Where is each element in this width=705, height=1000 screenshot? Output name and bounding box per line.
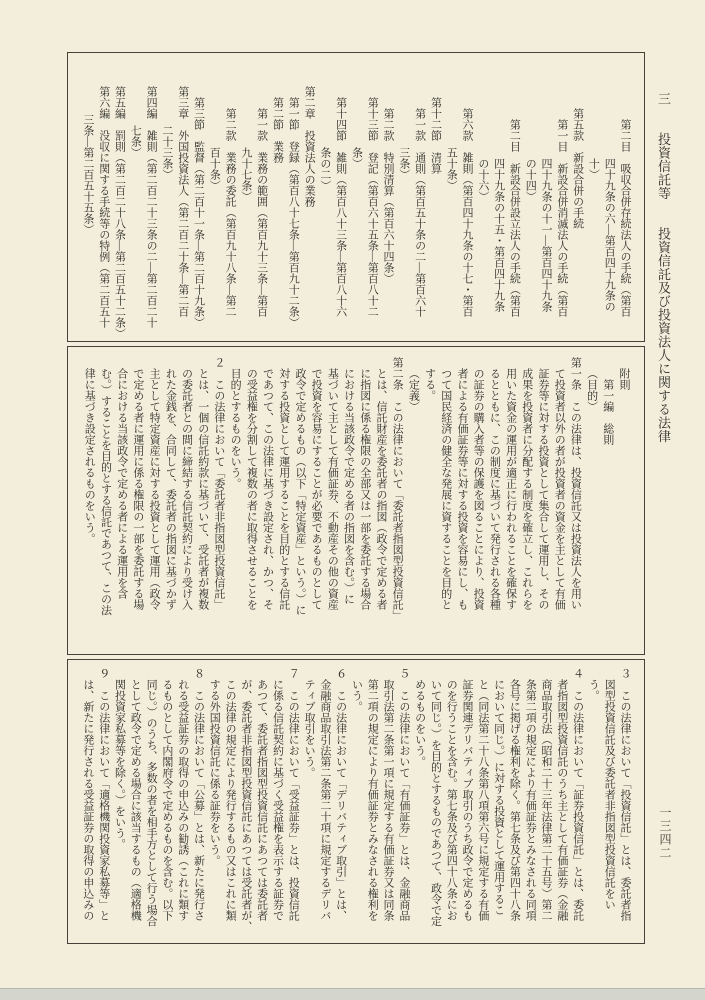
text-column: 金融商品取引法第二条第二十項に規定するデリバ xyxy=(316,668,332,939)
text-column: 合における当該政令で定める者による運用を含 xyxy=(114,357,130,648)
text-column: 十） xyxy=(585,64,601,335)
text-column: であつて、この法律に基づき設定され、かつ、そ xyxy=(259,357,275,648)
text-column: とは、一個の信託約款に基づいて、受託者が複数 xyxy=(195,357,211,648)
text-column: 第一節 登録（第百八十七条―第百九十二条） xyxy=(284,64,300,335)
text-column: の十六） xyxy=(474,64,490,335)
text-column: 関投資家私募等を除く。）をいう。 xyxy=(111,668,127,939)
text-column: 四十九条の六―第百四十九条の xyxy=(600,64,616,335)
law-text-columns-upper: 附則第一編 総則（目的）第一条 この法律は、投資信託又は投資法人を用いて投資者以… xyxy=(68,347,644,654)
text-column: する外国投資信託に係る証券をいう。 xyxy=(205,668,221,939)
text-column: めるものをいう。 xyxy=(411,668,427,939)
text-column: れた金銭を、合同して、委託者の指図に基づかず xyxy=(162,357,178,648)
text-column: 附則 xyxy=(616,357,632,648)
scan-edge-strip xyxy=(0,988,705,1000)
text-column: 対する投資として運用することを目的とする信託 xyxy=(276,357,292,648)
law-text-columns-lower: ３ この法律において「投資信託」とは、委託者指図型投資信託及び委託者非指図型投資… xyxy=(68,660,644,943)
text-column: とは、信託財産を委託者の指図（政令で定める者 xyxy=(373,357,389,648)
text-column: （定義） xyxy=(405,357,421,648)
text-column: るものとして内閣府令で定めるものを含む。以下 xyxy=(158,668,174,939)
text-column: に係る信託契約に基づく受益権を表示する証券で xyxy=(269,668,285,939)
text-column: 第三章 外国投資法人（第二百二十条―第二百 xyxy=(174,64,190,335)
text-column: 条第二項の規定により有価証券とみなされる同項 xyxy=(521,668,537,939)
text-column: 図型投資信託及び委託者非指図型投資信託をい xyxy=(600,668,616,939)
text-column: 第二節 業務 xyxy=(269,64,285,335)
text-column: （目的） xyxy=(583,357,599,648)
text-column: 条の二） xyxy=(316,64,332,335)
text-column: 第二目 新設合併設立法人の手続（第百 xyxy=(506,64,522,335)
text-column: 第六款 雑則（第百四十九条の十七・第百 xyxy=(458,64,474,335)
text-column: 第一条 この法律は、投資信託又は投資法人を用い xyxy=(567,357,583,648)
text-column: 百十条） xyxy=(205,64,221,335)
text-column: 第一款 業務の範囲（第百九十三条―第百 xyxy=(253,64,269,335)
text-column: の証券の購入者等の保護を図ることにより、投資 xyxy=(470,357,486,648)
text-column: 第四編 雑則（第二百二十三条の二―第二百二十 xyxy=(142,64,158,335)
text-column: 主として特定資産に対する投資として運用（政令 xyxy=(146,357,162,648)
text-column: 第五款 新設合併の手続 xyxy=(569,64,585,335)
text-column: は、新たに発行される受益証券の取得の申込みの xyxy=(79,668,95,939)
text-column: する。 xyxy=(421,357,437,648)
text-column: ６ この法律において「デリバティブ取引」とは、 xyxy=(332,668,348,939)
text-column: 商品取引法（昭和二十三年法律第二十五号）第二 xyxy=(537,668,553,939)
text-column: 四十九条の十五・第百四十九条 xyxy=(490,64,506,335)
text-column: 第一編 総則 xyxy=(600,357,616,648)
text-column: 第三節 監督（第二百十一条―第二百十九条） xyxy=(190,64,206,335)
text-column: ティブ取引をいう。 xyxy=(300,668,316,939)
text-column: 基づいて主として有価証券、不動産その他の資産 xyxy=(324,357,340,648)
text-column: ３ この法律において「投資信託」とは、委託者指 xyxy=(616,668,632,939)
text-column: 第一款 通則（第百五十条の二―第百六十 xyxy=(411,64,427,335)
text-column: 第二条 この法律において「委託者指図型投資信託」 xyxy=(389,357,405,648)
text-column: の十四） xyxy=(521,64,537,335)
text-column: れる受益証券の取得の申込みの勧誘（これに類す xyxy=(174,668,190,939)
margin-header-law-title: 三 投資信託等 投資信託及び投資法人に関する法律 xyxy=(654,92,673,443)
text-column: 第二目 吸収合併存続法人の手続（第百 xyxy=(616,64,632,335)
text-column: で投資を容易にすることが必要であるものとして xyxy=(308,357,324,648)
text-column: るとともに、この制度に基づいて発行される各種 xyxy=(486,357,502,648)
text-column: 政令で定めるもの（以下「特定資産」という。）に xyxy=(292,357,308,648)
text-column: 第十三節 登記（第百六十五条―第百八十二 xyxy=(363,64,379,335)
text-column: 取引法第二条第一項に規定する有価証券又は同条 xyxy=(379,668,395,939)
text-column: の受益権を分割して複数の者に取得させることを xyxy=(243,357,259,648)
text-column: で定める者に運用に係る権限の一部を委託する場 xyxy=(130,357,146,648)
text-column: 者による有価証券等に対する投資を容易にし、も xyxy=(454,357,470,648)
law-text-section-upper: 附則第一編 総則（目的）第一条 この法律は、投資信託又は投資法人を用いて投資者以… xyxy=(67,346,645,655)
text-column: ７ この法律において「受益証券」とは、投資信託 xyxy=(284,668,300,939)
law-text-section-lower: ３ この法律において「投資信託」とは、委託者指図型投資信託及び委託者非指図型投資… xyxy=(67,659,645,944)
text-column: に指図に係る権限の全部又は一部を委託する場合 xyxy=(357,357,373,648)
text-column: のを行うことを含む。第七条及び第四十八条にお xyxy=(442,668,458,939)
text-column: ４ この法律において「証券投資信託」とは、委託 xyxy=(569,668,585,939)
text-column: 二十三条） xyxy=(158,64,174,335)
text-column: 条） xyxy=(348,64,364,335)
text-column: として政令で定める場合に該当するもの（適格機 xyxy=(127,668,143,939)
text-column: いて同じ。）を目的とするものであつて、政令で定 xyxy=(427,668,443,939)
scanned-law-page: 三 投資信託等 投資信託及び投資法人に関する法律 第二目 吸収合併存続法人の手続… xyxy=(0,0,705,1000)
text-column: ５ この法律において「有価証券」とは、金融商品 xyxy=(395,668,411,939)
text-column: 五十条） xyxy=(442,64,458,335)
text-column: 第二章 投資法人の業務 xyxy=(300,64,316,335)
page-number: 一三四二 xyxy=(657,806,674,860)
text-column: 律に基づき設定されるものをいう。 xyxy=(81,357,97,648)
text-column: 第一目 新設合併消滅法人の手続（第百 xyxy=(553,64,569,335)
text-column: て投資者以外の者が投資者の資金を主として有価 xyxy=(551,357,567,648)
text-column: の委託者との間に締結する信託契約により受け入 xyxy=(178,357,194,648)
toc-section: 第二目 吸収合併存続法人の手続（第百四十九条の六―第百四十九条の十）第五款 新設… xyxy=(67,52,645,342)
text-column: 第五編 罰則（第二百二十八条―第二百五十二条） xyxy=(111,64,127,335)
text-column: いう。 xyxy=(348,668,364,939)
text-column: 第十二節 清算 xyxy=(427,64,443,335)
text-column: ９ この法律において「適格機関投資家私募等」と xyxy=(95,668,111,939)
text-column: 者指図型投資信託のうち主として有価証券（金融 xyxy=(553,668,569,939)
text-column: む。）することを目的とする信託であつて、この法 xyxy=(97,357,113,648)
text-column: 第十四節 雑則（第百八十三条―第百八十六 xyxy=(332,64,348,335)
text-column: 九十七条） xyxy=(237,64,253,335)
text-column: が、委託者非指図型投資信託にあつては受託者が、 xyxy=(237,668,253,939)
text-column: 七条） xyxy=(127,64,143,335)
text-column: 用いた資金の運用が適正に行われることを確保す xyxy=(502,357,518,648)
toc-columns: 第二目 吸収合併存続法人の手続（第百四十九条の六―第百四十九条の十）第五款 新設… xyxy=(68,53,644,341)
text-column: ２ この法律において「委託者非指図型投資信託」 xyxy=(211,357,227,648)
text-column: つて国民経済の健全な発展に資することを目的と xyxy=(438,357,454,648)
text-column: における当該政令で定める者の指図を含む。）に xyxy=(340,357,356,648)
text-column: 証券等に対する投資として集合して運用し、その xyxy=(535,357,551,648)
text-column: 三条―第二百五十五条） xyxy=(79,64,95,335)
text-column: 各号に掲げる権利を除く。第七条及び第四十八条 xyxy=(506,668,522,939)
text-column: 第二款 業務の委託（第百九十八条―第二 xyxy=(221,64,237,335)
text-column: 第二項の規定により有価証券とみなされる権利を xyxy=(363,668,379,939)
text-column: 成果を投資者に分配する制度を確立し、これらを xyxy=(519,357,535,648)
text-column: 証券関連デリバティブ取引のうち政令で定めるも xyxy=(458,668,474,939)
text-column: において同じ。）に対する投資として運用するこ xyxy=(490,668,506,939)
text-column: 第六編 没収に関する手続等の特例（第二百五十 xyxy=(95,64,111,335)
text-column: と（同法第二十八条第八項第六号に規定する有価 xyxy=(474,668,490,939)
text-column: 目的とするものをいう。 xyxy=(227,357,243,648)
text-column: あつて、委託者指図型投資信託にあつては委託者 xyxy=(253,668,269,939)
text-column: う。 xyxy=(585,668,601,939)
text-column: この法律の規定により発行するもの又はこれに類 xyxy=(221,668,237,939)
text-column: 四十九条の十一―第百四十九条 xyxy=(537,64,553,335)
text-column: 同じ。）のうち、多数の者を相手方として行う場合 xyxy=(142,668,158,939)
text-column: ８ この法律において「公募」とは、新たに発行さ xyxy=(190,668,206,939)
text-column: 第二款 特別清算（第百六十四条） xyxy=(379,64,395,335)
text-column: 三条） xyxy=(395,64,411,335)
